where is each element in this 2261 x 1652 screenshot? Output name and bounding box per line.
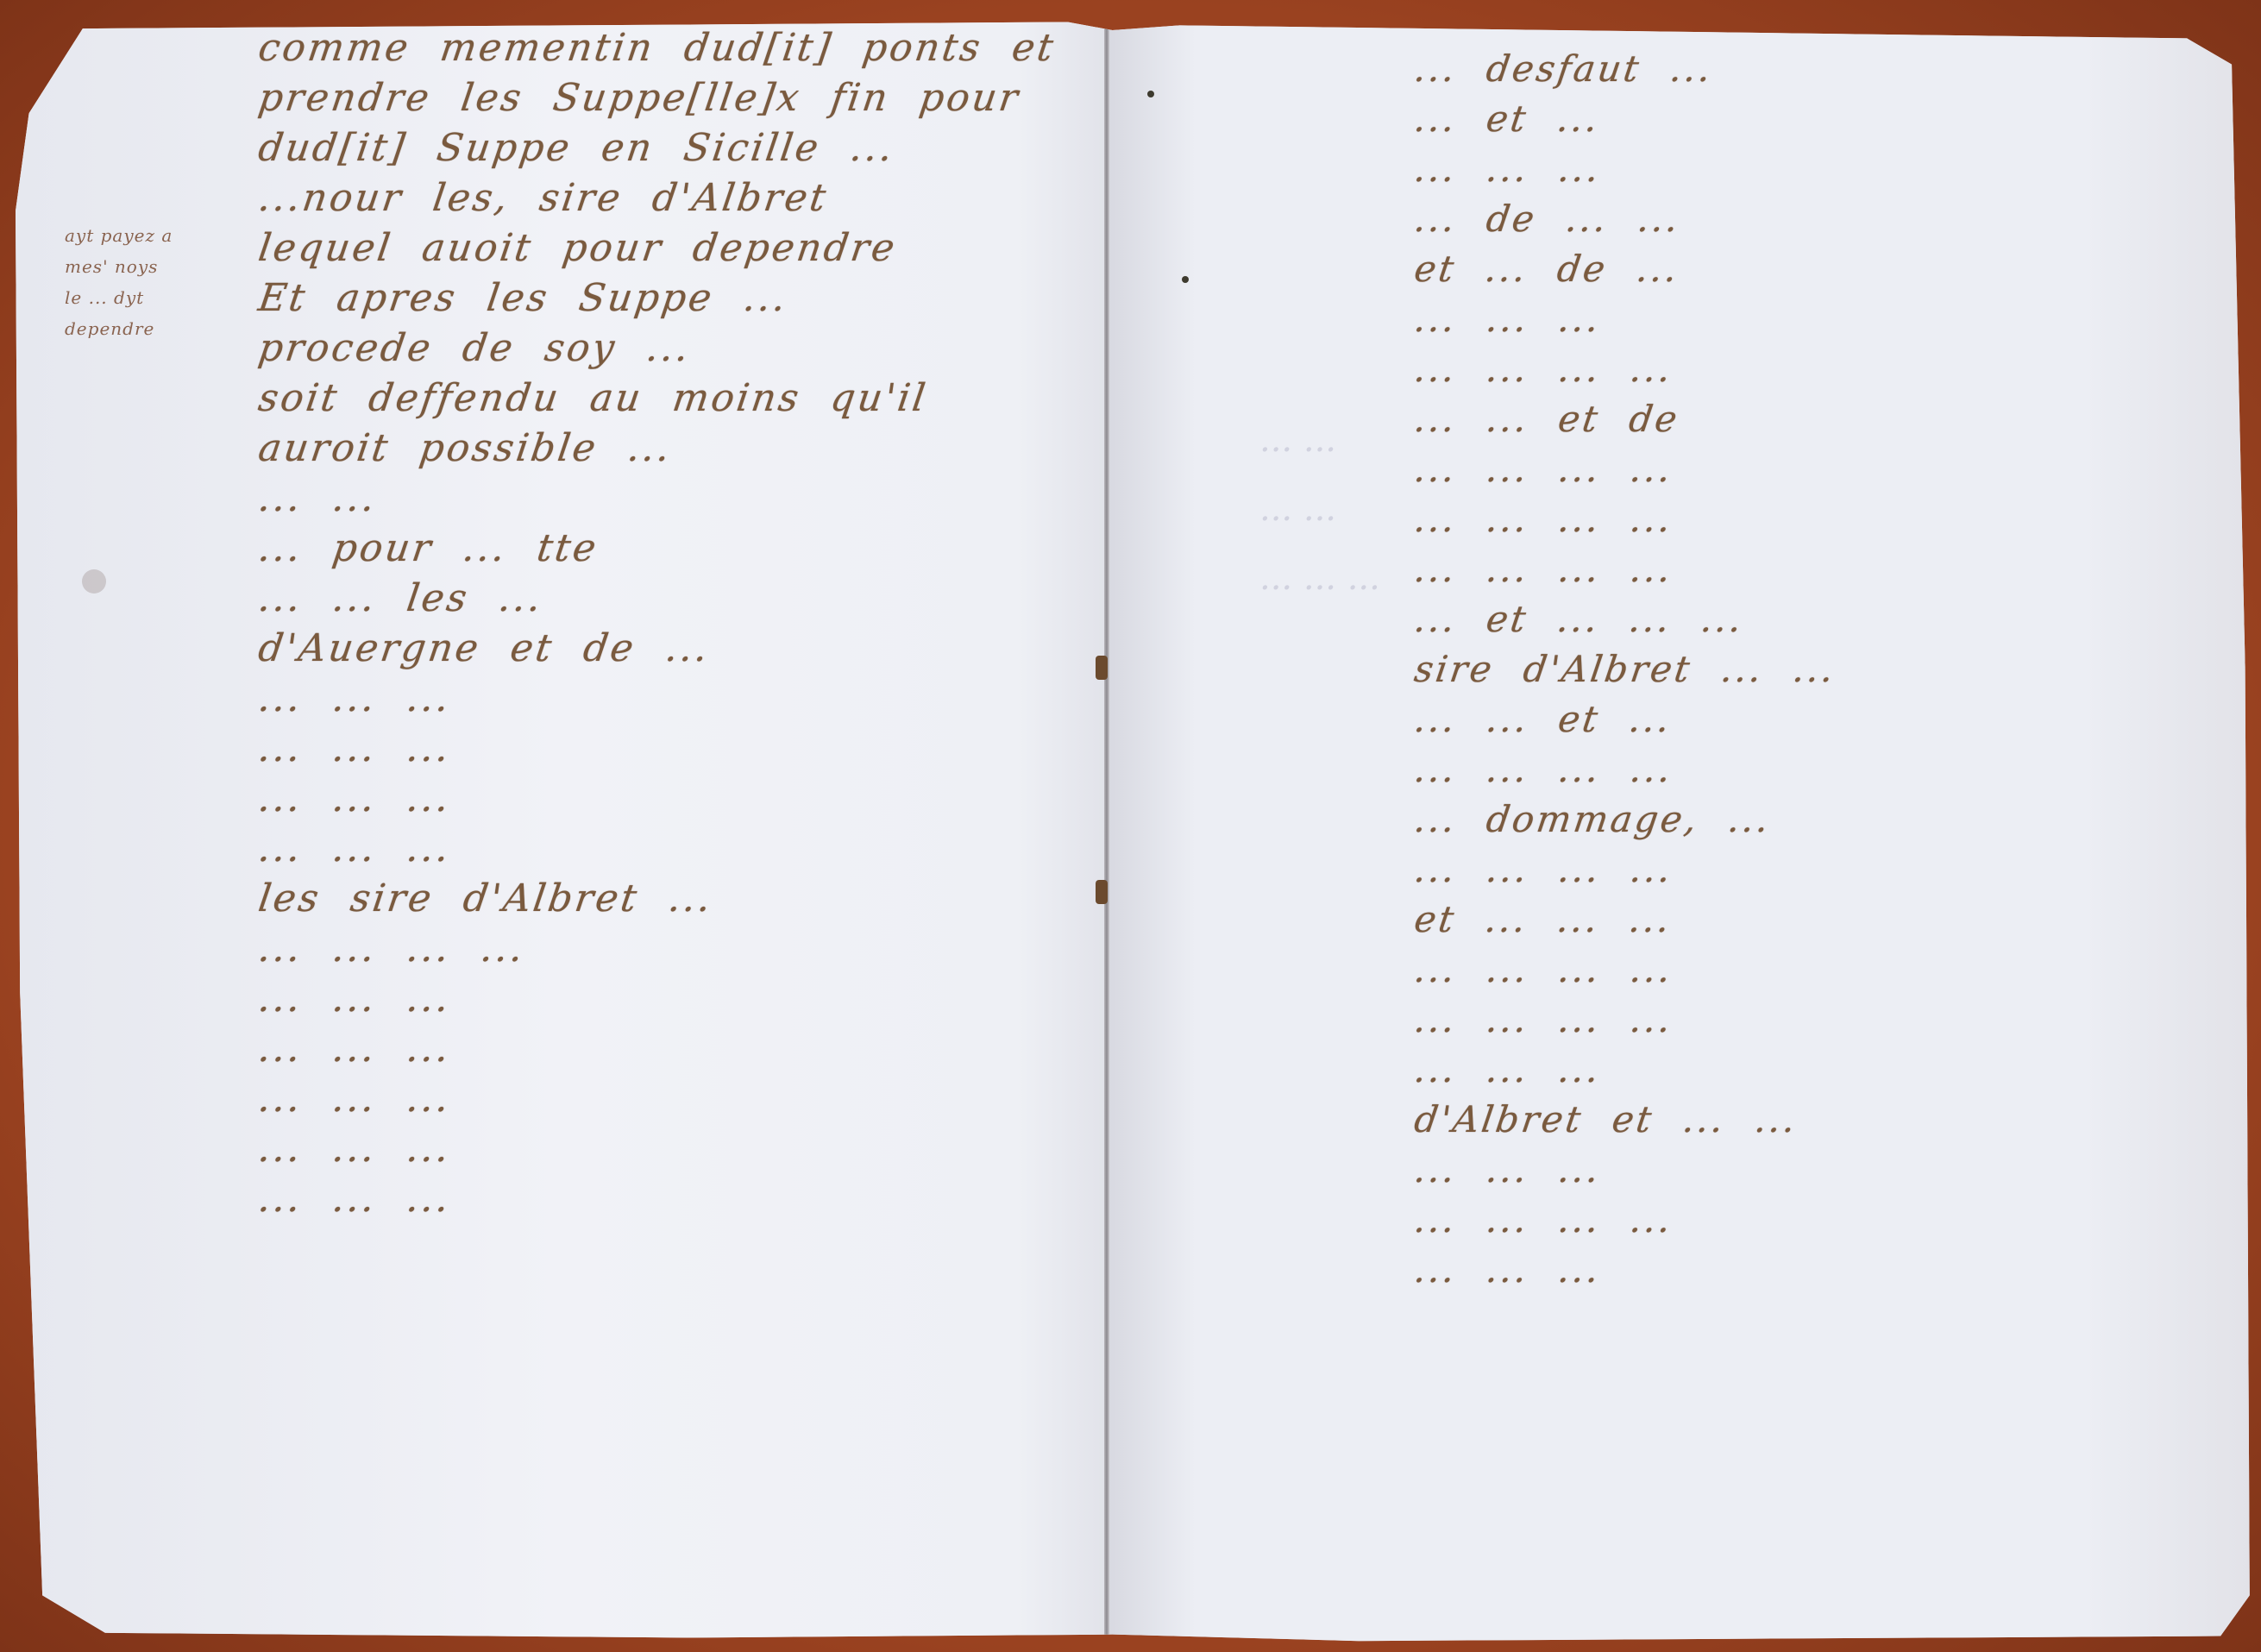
text-line: dud[it] Suppe en Sicille ... bbox=[255, 126, 897, 170]
text-line: ... ... ... bbox=[255, 977, 454, 1021]
text-line: ... ... ... bbox=[1412, 1248, 1605, 1291]
binding-fold bbox=[1104, 16, 1109, 1644]
text-line: ...nour les, sire d'Albret bbox=[255, 176, 831, 220]
text-line: ... ... bbox=[255, 476, 380, 520]
text-line: d'Albret et ... ... bbox=[1412, 1098, 1801, 1140]
text-line: ... ... ... bbox=[1412, 1048, 1605, 1090]
text-line: ... ... ... ... bbox=[1412, 998, 1676, 1040]
text-line: ... ... et de bbox=[1412, 398, 1683, 440]
margin-note-line: le ... dyt bbox=[65, 282, 254, 313]
bleed-line: ... ... bbox=[1259, 405, 1380, 474]
ink-spot bbox=[1182, 276, 1189, 283]
margin-note-line: mes' noys bbox=[65, 251, 254, 282]
text-line: sire d'Albret ... ... bbox=[1412, 648, 1839, 690]
text-line: ... ... et ... bbox=[1412, 698, 1675, 740]
binding-thread bbox=[1096, 656, 1108, 680]
text-line: ... ... ... ... bbox=[255, 927, 528, 970]
text-line: prendre les Suppe[lle]x fin pour bbox=[255, 76, 1023, 120]
text-line: ... dommage, ... bbox=[1412, 798, 1774, 840]
text-line: soit deffendu au moins qu'il bbox=[255, 376, 930, 420]
margin-note-line: ayt payez a bbox=[65, 220, 254, 251]
text-line: ... ... ... ... bbox=[1412, 848, 1676, 890]
margin-note-line: dependre bbox=[65, 313, 254, 344]
text-line: d'Auergne et de ... bbox=[255, 626, 713, 670]
bleed-through-text: ... ... ... ... ... ... ... bbox=[1259, 405, 1380, 612]
text-line: les sire d'Albret ... bbox=[255, 876, 716, 920]
text-line: ... ... ... ... bbox=[1412, 748, 1676, 790]
stain bbox=[82, 569, 106, 594]
text-line: ... pour ... tte bbox=[255, 526, 600, 570]
text-line: ... ... ... ... bbox=[1412, 498, 1676, 540]
text-line: ... ... ... bbox=[255, 826, 454, 870]
text-line: ... ... ... bbox=[255, 1077, 454, 1121]
text-line: ... ... ... ... bbox=[1412, 948, 1676, 990]
text-line: ... ... ... bbox=[255, 676, 454, 720]
text-line: ... desfaut ... bbox=[1412, 47, 1717, 90]
text-line: ... ... ... bbox=[255, 776, 454, 820]
bleed-line: ... ... bbox=[1259, 474, 1380, 543]
text-line: procede de soy ... bbox=[255, 326, 694, 370]
text-line: ... ... ... bbox=[255, 726, 454, 770]
binding-thread bbox=[1096, 880, 1108, 904]
text-line: ... ... ... bbox=[255, 1177, 454, 1221]
text-line: comme mementin dud[it] ponts et bbox=[255, 26, 1058, 70]
text-line: ... et ... bbox=[1412, 97, 1603, 140]
text-line: ... ... ... bbox=[1412, 148, 1605, 190]
bleed-line: ... ... ... bbox=[1259, 543, 1380, 612]
text-line: ... de ... ... bbox=[1412, 198, 1684, 240]
photo-background: ayt payez a mes' noys le ... dyt dependr… bbox=[0, 0, 2261, 1652]
text-line: lequel auoit pour dependre bbox=[255, 226, 900, 270]
text-line: ... ... ... ... bbox=[1412, 548, 1676, 590]
text-line: ... ... ... bbox=[255, 1027, 454, 1071]
ink-spot bbox=[1147, 91, 1154, 97]
text-line: ... ... ... ... bbox=[1412, 1198, 1676, 1241]
text-line: et ... ... ... bbox=[1412, 898, 1675, 940]
text-line: auroit possible ... bbox=[255, 426, 675, 470]
text-line: Et apres les Suppe ... bbox=[255, 276, 790, 320]
text-line: ... ... ... bbox=[1412, 298, 1605, 340]
text-line: ... ... ... ... bbox=[1412, 348, 1676, 390]
text-line: ... ... ... bbox=[1412, 1148, 1605, 1190]
text-line: et ... de ... bbox=[1412, 248, 1683, 290]
text-line: ... ... ... bbox=[255, 1127, 454, 1171]
text-line: ... ... ... ... bbox=[1412, 448, 1676, 490]
text-line: ... ... les ... bbox=[255, 576, 546, 620]
text-line: ... et ... ... ... bbox=[1412, 598, 1747, 640]
margin-note: ayt payez a mes' noys le ... dyt dependr… bbox=[65, 220, 254, 344]
